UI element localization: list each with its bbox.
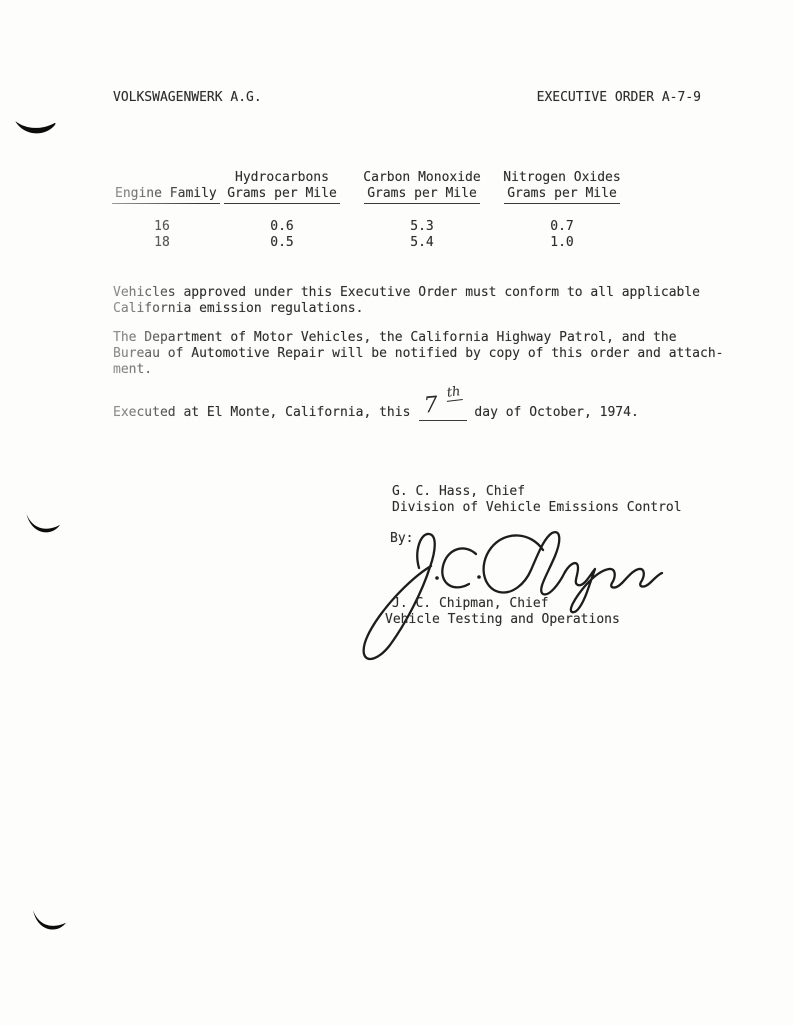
paragraph-compliance: Vehicles approved under this Executive O… xyxy=(113,285,700,317)
column-header-engine-family: Engine Family xyxy=(112,170,212,204)
column-header-hydrocarbons: Hydrocarbons Grams per Mile xyxy=(212,170,352,204)
company-name: VOLKSWAGENWERK A.G. xyxy=(113,90,262,106)
scan-smudge-icon xyxy=(23,510,62,540)
document-header: VOLKSWAGENWERK A.G. EXECUTIVE ORDER A-7-… xyxy=(113,90,701,106)
table-header-row: Engine Family Hydrocarbons Grams per Mil… xyxy=(112,170,632,204)
executive-order-number: EXECUTIVE ORDER A-7-9 xyxy=(537,90,701,106)
table-row: 18 0.5 5.4 1.0 xyxy=(112,235,632,251)
column-header-nitrogen-oxides: Nitrogen Oxides Grams per Mile xyxy=(492,170,632,204)
paragraph-line: California emission regulations. xyxy=(113,301,700,317)
signer-title: Vehicle Testing and Operations xyxy=(385,612,620,628)
scan-smudge-icon xyxy=(13,113,59,141)
cell-hydrocarbons: 0.6 xyxy=(212,219,352,235)
paragraph-line: ment. xyxy=(113,362,723,378)
approver-block: G. C. Hass, Chief Division of Vehicle Em… xyxy=(392,484,682,515)
scan-smudge-icon xyxy=(29,906,70,938)
table-row: 16 0.6 5.3 0.7 xyxy=(112,219,632,235)
execution-suffix: day of October, 1974. xyxy=(474,405,638,421)
signer-block: J. C. Chipman, Chief Vehicle Testing and… xyxy=(385,596,620,627)
table-body: 16 0.6 5.3 0.7 18 0.5 5.4 1.0 xyxy=(112,219,632,251)
cell-carbon-monoxide: 5.3 xyxy=(352,219,492,235)
cell-engine-family: 16 xyxy=(112,219,212,235)
cell-nitrogen-oxides: 1.0 xyxy=(492,235,632,251)
handwritten-day: 7 xyxy=(423,394,439,417)
cell-nitrogen-oxides: 0.7 xyxy=(492,219,632,235)
paragraph-notification: The Department of Motor Vehicles, the Ca… xyxy=(113,330,723,378)
cell-engine-family: 18 xyxy=(112,235,212,251)
column-header-carbon-monoxide: Carbon Monoxide Grams per Mile xyxy=(352,170,492,204)
handwritten-date-blank: 7 th xyxy=(419,405,467,421)
approver-title: Division of Vehicle Emissions Control xyxy=(392,500,682,516)
emissions-table: Engine Family Hydrocarbons Grams per Mil… xyxy=(112,170,632,251)
paragraph-line: Vehicles approved under this Executive O… xyxy=(113,285,700,301)
cell-carbon-monoxide: 5.4 xyxy=(352,235,492,251)
execution-prefix: Executed at El Monte, California, this xyxy=(113,405,410,421)
execution-line: Executed at El Monte, California, this 7… xyxy=(113,405,639,421)
scanned-document-page: VOLKSWAGENWERK A.G. EXECUTIVE ORDER A-7-… xyxy=(0,0,793,1025)
paragraph-line: The Department of Motor Vehicles, the Ca… xyxy=(113,330,723,346)
paragraph-line: Bureau of Automotive Repair will be noti… xyxy=(113,346,723,362)
handwritten-ordinal: th xyxy=(446,385,463,402)
cell-hydrocarbons: 0.5 xyxy=(212,235,352,251)
approver-name: G. C. Hass, Chief xyxy=(392,484,682,500)
signer-name: J. C. Chipman, Chief xyxy=(385,596,620,612)
